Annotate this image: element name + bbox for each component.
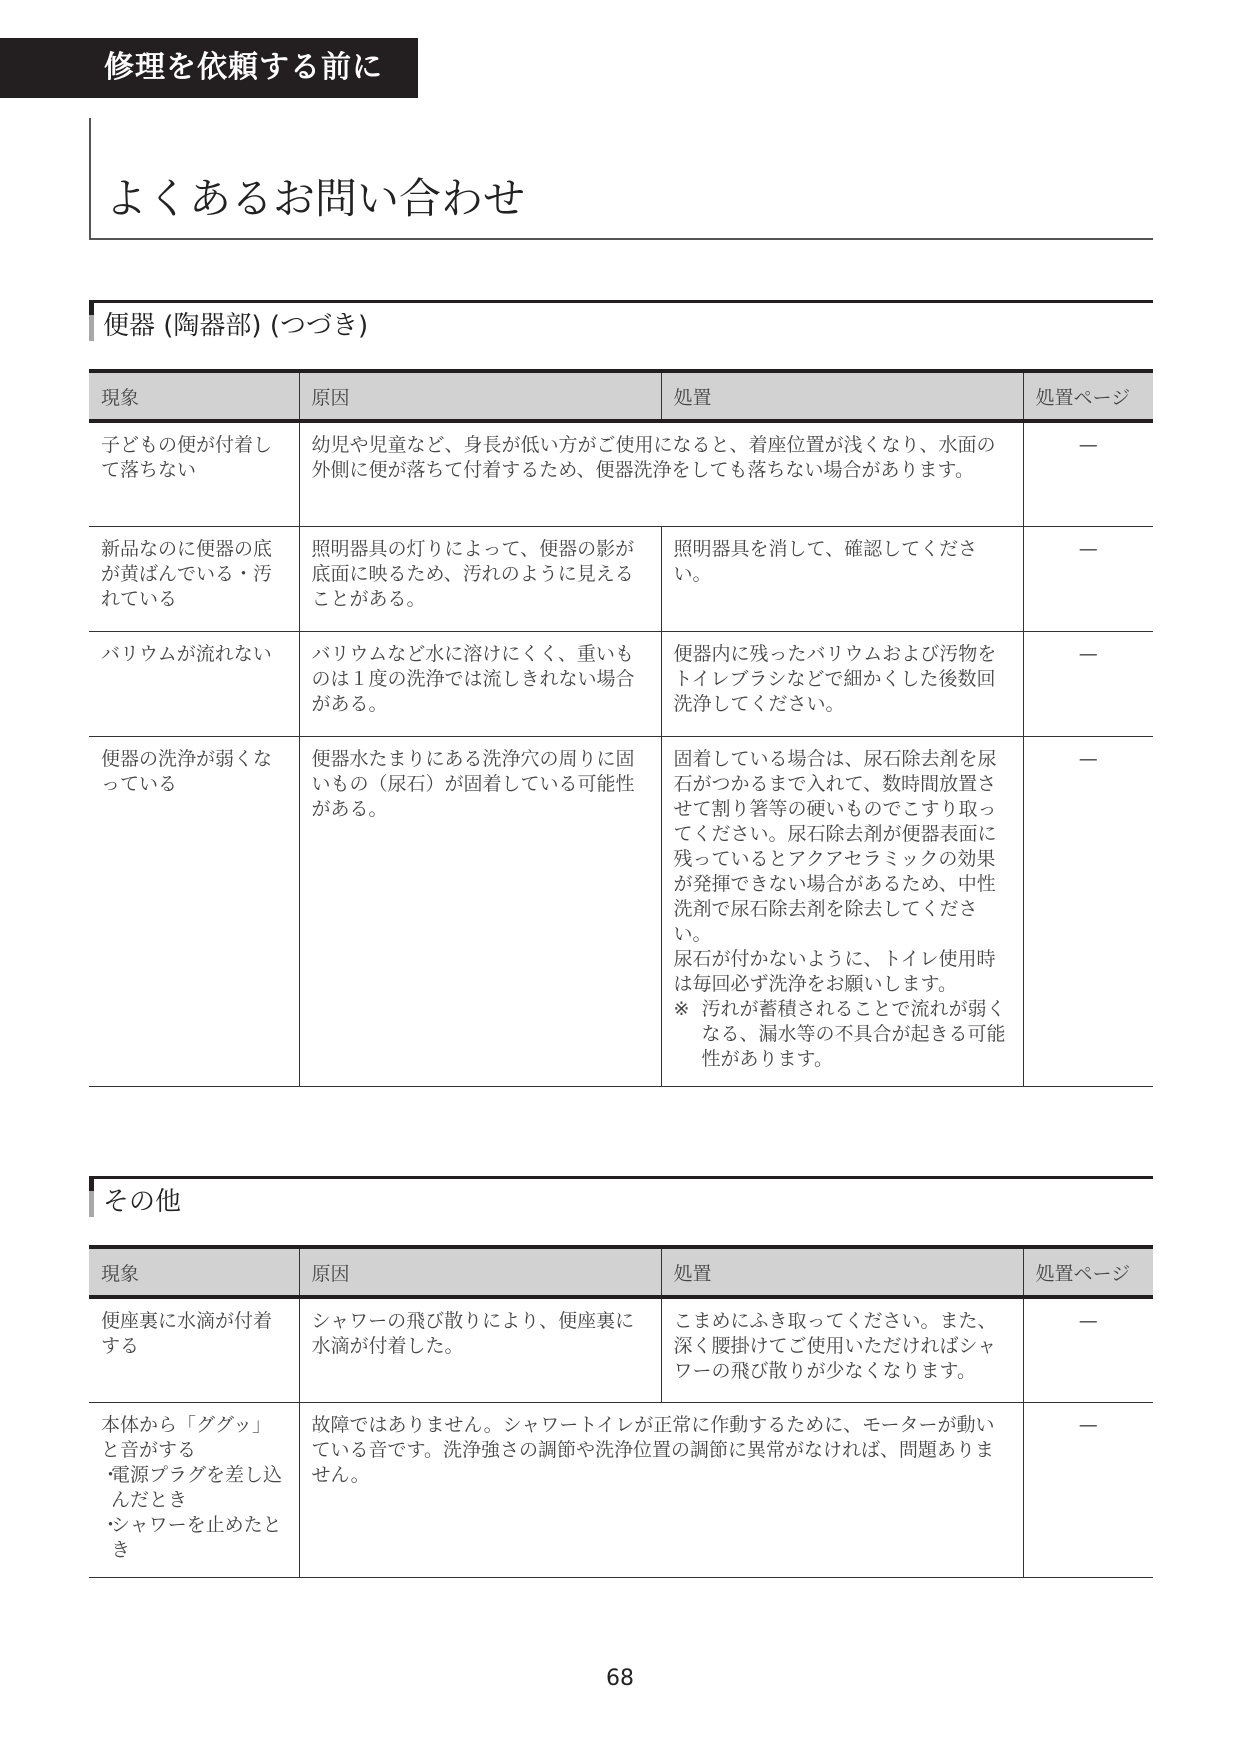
symptom-cell: 本体から「ググッ」と音がする ・ 電源プラグを差し込んだとき ・ シャワーを止め… <box>89 1402 299 1577</box>
page-cell: — <box>1023 421 1153 526</box>
faq-table: 現象 原因 処置 処置ページ 子どもの便が付着して落ちない 幼児や児童など、身長… <box>89 369 1153 1087</box>
note-text: 汚れが蓄積されることで流れが弱くなる、漏水等の不具合が起きる可能性があります。 <box>702 997 1011 1072</box>
cause-cell: シャワーの飛び散りにより、便座裏に水滴が付着した。 <box>299 1297 661 1402</box>
cause-cell: 幼児や児童など、身長が低い方がご使用になると、着座位置が浅くなり、水面の外側に便… <box>299 421 1023 526</box>
symptom-cell: 便座裏に水滴が付着する <box>89 1297 299 1402</box>
page-number: 68 <box>0 1666 1240 1691</box>
symptom-cell: 新品なのに便器の底が黄ばんでいる・汚れている <box>89 526 299 631</box>
symptom-cell: 便器の洗浄が弱くなっている <box>89 736 299 1086</box>
note-mark: ※ <box>674 997 702 1072</box>
symptom-cell: 子どもの便が付着して落ちない <box>89 421 299 526</box>
section-title: 便器 (陶器部) (つづき) <box>103 305 368 342</box>
table-header-row: 現象 原因 処置 処置ページ <box>89 1247 1153 1297</box>
remedy-text-2: 尿石が付かないように、トイレ使用時は毎回必ず洗浄をお願いします。 <box>674 947 1011 997</box>
symptom-bullet-text: シャワーを止めたとき <box>111 1513 287 1563</box>
table-row: 本体から「ググッ」と音がする ・ 電源プラグを差し込んだとき ・ シャワーを止め… <box>89 1402 1153 1577</box>
section-header: 便器 (陶器部) (つづき) <box>89 300 1153 347</box>
section-marker <box>89 1191 94 1217</box>
cause-cell: 照明器具の灯りによって、便器の影が底面に映るため、汚れのように見えることがある。 <box>299 526 661 631</box>
section-header: その他 <box>89 1176 1153 1223</box>
section-title: その他 <box>103 1181 181 1218</box>
table-header-row: 現象 原因 処置 処置ページ <box>89 371 1153 421</box>
page-heading: よくあるお問い合わせ <box>89 118 1153 240</box>
table-row: 便座裏に水滴が付着する シャワーの飛び散りにより、便座裏に水滴が付着した。 こま… <box>89 1297 1153 1402</box>
table-row: 子どもの便が付着して落ちない 幼児や児童など、身長が低い方がご使用になると、着座… <box>89 421 1153 526</box>
section-toilet-bowl: 便器 (陶器部) (つづき) 現象 原因 処置 処置ページ 子どもの便が付着して… <box>89 300 1153 1087</box>
cause-cell: バリウムなど水に溶けにくく、重いものは１度の洗浄では流しきれない場合がある。 <box>299 631 661 736</box>
column-header-symptom: 現象 <box>89 371 299 421</box>
column-header-symptom: 現象 <box>89 1247 299 1297</box>
remedy-cell: 便器内に残ったバリウムおよび汚物をトイレブラシなどで細かくした後数回洗浄してくだ… <box>661 631 1023 736</box>
page-cell: — <box>1023 526 1153 631</box>
symptom-bullet: ・ 電源プラグを差し込んだとき <box>101 1463 287 1513</box>
cause-cell: 便器水たまりにある洗浄穴の周りに固いもの（尿石）が固着している可能性がある。 <box>299 736 661 1086</box>
section-marker <box>89 303 94 315</box>
symptom-bullet-text: 電源プラグを差し込んだとき <box>111 1463 287 1513</box>
cause-cell: 故障ではありません。シャワートイレが正常に作動するために、モーターが動いている音… <box>299 1402 1023 1577</box>
symptom-text: 本体から「ググッ」と音がする <box>101 1413 287 1463</box>
column-header-remedy: 処置 <box>661 1247 1023 1297</box>
note: ※ 汚れが蓄積されることで流れが弱くなる、漏水等の不具合が起きる可能性があります… <box>674 997 1011 1072</box>
column-header-cause: 原因 <box>299 371 661 421</box>
column-header-page: 処置ページ <box>1023 371 1153 421</box>
section-other: その他 現象 原因 処置 処置ページ 便座裏に水滴が付着する シャワーの飛び散り… <box>89 1176 1153 1578</box>
remedy-cell: こまめにふき取ってください。また、深く腰掛けてご使用いただければシャワーの飛び散… <box>661 1297 1023 1402</box>
page-cell: — <box>1023 736 1153 1086</box>
table-row: 便器の洗浄が弱くなっている 便器水たまりにある洗浄穴の周りに固いもの（尿石）が固… <box>89 736 1153 1086</box>
page-cell: — <box>1023 1402 1153 1577</box>
table-row: バリウムが流れない バリウムなど水に溶けにくく、重いものは１度の洗浄では流しきれ… <box>89 631 1153 736</box>
remedy-cell: 照明器具を消して、確認してください。 <box>661 526 1023 631</box>
section-marker <box>89 1179 94 1191</box>
section-marker <box>89 315 94 341</box>
symptom-cell: バリウムが流れない <box>89 631 299 736</box>
page-title: よくあるお問い合わせ <box>105 166 525 226</box>
page-cell: — <box>1023 1297 1153 1402</box>
symptom-bullet: ・ シャワーを止めたとき <box>101 1513 287 1563</box>
page-cell: — <box>1023 631 1153 736</box>
column-header-cause: 原因 <box>299 1247 661 1297</box>
remedy-cell: 固着している場合は、尿石除去剤を尿石がつかるまで入れて、数時間放置させて割り箸等… <box>661 736 1023 1086</box>
table-row: 新品なのに便器の底が黄ばんでいる・汚れている 照明器具の灯りによって、便器の影が… <box>89 526 1153 631</box>
chapter-tab: 修理を依頼する前に <box>0 38 418 98</box>
column-header-remedy: 処置 <box>661 371 1023 421</box>
column-header-page: 処置ページ <box>1023 1247 1153 1297</box>
faq-table: 現象 原因 処置 処置ページ 便座裏に水滴が付着する シャワーの飛び散りにより、… <box>89 1245 1153 1578</box>
remedy-text: 固着している場合は、尿石除去剤を尿石がつかるまで入れて、数時間放置させて割り箸等… <box>674 747 1011 947</box>
